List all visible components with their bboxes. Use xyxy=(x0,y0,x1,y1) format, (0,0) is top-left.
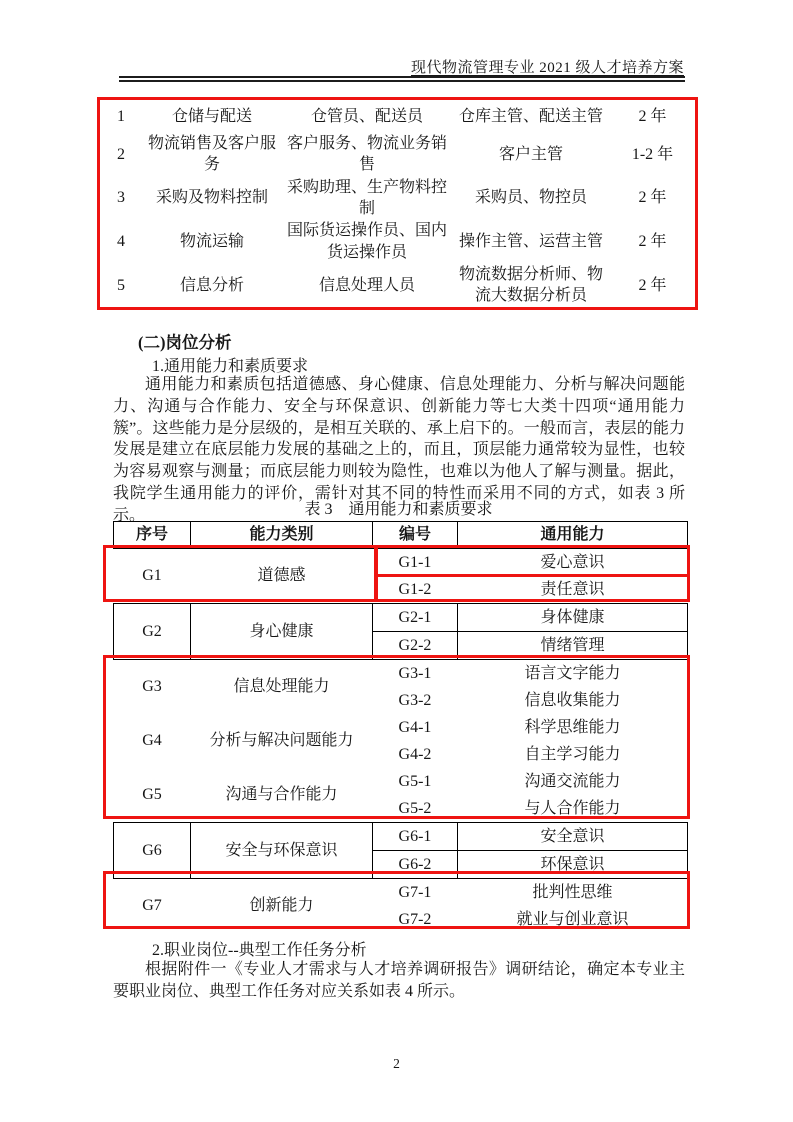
table-cell: G1-1 xyxy=(373,549,458,577)
general-ability-table: 序号 能力类别 编号 通用能力 G1 道德感 G1-1 爱心意识 G1-2 责任… xyxy=(113,521,688,933)
table-row: G4 分析与解决问题能力 G4-1 科学思维能力 xyxy=(114,714,688,741)
table-row: G1 道德感 G1-1 爱心意识 xyxy=(114,549,688,577)
table-cell: 自主学习能力 xyxy=(458,741,688,768)
table-cell: G6-1 xyxy=(373,823,458,851)
table-cell: 与人合作能力 xyxy=(458,795,688,823)
table-cell: 2 年 xyxy=(610,263,695,307)
table-row: 5 信息分析 信息处理人员 物流数据分析师、物流大数据分析员 2 年 xyxy=(100,263,695,307)
table-cell: 沟通与合作能力 xyxy=(191,768,373,823)
subsection-2-heading: 2.职业岗位--典型工作任务分析 xyxy=(152,937,672,960)
table-cell: 2 xyxy=(100,132,142,176)
table-cell: G1 xyxy=(114,549,191,604)
table-cell: 批判性思维 xyxy=(458,879,688,907)
column-header: 通用能力 xyxy=(458,522,688,549)
table-cell: 沟通交流能力 xyxy=(458,768,688,795)
jobs-table: 1 仓储与配送 仓管员、配送员 仓库主管、配送主管 2 年 2 物流销售及客户服… xyxy=(100,100,695,307)
table-cell: 国际货运操作员、国内货运操作员 xyxy=(282,220,452,264)
table-cell: G5 xyxy=(114,768,191,823)
table-cell: 物流数据分析师、物流大数据分析员 xyxy=(452,263,610,307)
table-cell: G4-2 xyxy=(373,741,458,768)
table-cell: 4 xyxy=(100,220,142,264)
table-cell: G6-2 xyxy=(373,851,458,879)
table-cell: 操作主管、运营主管 xyxy=(452,220,610,264)
table-cell: 信息处理能力 xyxy=(191,660,373,715)
table-cell: 信息分析 xyxy=(142,263,282,307)
table-cell: 3 xyxy=(100,176,142,220)
table-cell: 客户服务、物流业务销售 xyxy=(282,132,452,176)
table-cell: G4-1 xyxy=(373,714,458,741)
table-cell: 5 xyxy=(100,263,142,307)
document-page: 现代物流管理专业 2021 级人才培养方案 1 仓储与配送 仓管员、配送员 仓库… xyxy=(0,0,793,1122)
table-row: 3 采购及物料控制 采购助理、生产物料控制 采购员、物控员 2 年 xyxy=(100,176,695,220)
table-cell: 物流销售及客户服务 xyxy=(142,132,282,176)
table-cell: 责任意识 xyxy=(458,576,688,604)
table-cell: 语言文字能力 xyxy=(458,660,688,688)
body-paragraph-2: 根据附件一《专业人才需求与人才培养调研报告》调研结论，确定本专业主要职业岗位、典… xyxy=(113,959,685,1003)
subsection-1-heading: 1.通用能力和素质要求 xyxy=(152,353,672,376)
table-cell: 仓库主管、配送主管 xyxy=(452,100,610,132)
page-number: 2 xyxy=(0,1056,793,1072)
table-row: G6 安全与环保意识 G6-1 安全意识 xyxy=(114,823,688,851)
table-cell: 1 xyxy=(100,100,142,132)
table-cell: 物流运输 xyxy=(142,220,282,264)
table-cell: G2-2 xyxy=(373,632,458,660)
table-cell: G3 xyxy=(114,660,191,715)
table-cell: 2 年 xyxy=(610,176,695,220)
table-cell: 信息处理人员 xyxy=(282,263,452,307)
table-row: 4 物流运输 国际货运操作员、国内货运操作员 操作主管、运营主管 2 年 xyxy=(100,220,695,264)
table-row: 1 仓储与配送 仓管员、配送员 仓库主管、配送主管 2 年 xyxy=(100,100,695,132)
table-row: G3 信息处理能力 G3-1 语言文字能力 xyxy=(114,660,688,688)
table-cell: G3-2 xyxy=(373,687,458,714)
table-cell: 信息收集能力 xyxy=(458,687,688,714)
table-cell: 道德感 xyxy=(191,549,373,604)
table-cell: G3-1 xyxy=(373,660,458,688)
table-cell: 爱心意识 xyxy=(458,549,688,577)
table-cell: 情绪管理 xyxy=(458,632,688,660)
table-cell: 仓管员、配送员 xyxy=(282,100,452,132)
table-cell: 安全与环保意识 xyxy=(191,823,373,879)
table-cell: G2-1 xyxy=(373,604,458,632)
jobs-table-annotation-box: 1 仓储与配送 仓管员、配送员 仓库主管、配送主管 2 年 2 物流销售及客户服… xyxy=(97,97,698,310)
table-cell: G6 xyxy=(114,823,191,879)
table-cell: G4 xyxy=(114,714,191,768)
column-header: 能力类别 xyxy=(191,522,373,549)
table-cell: 环保意识 xyxy=(458,851,688,879)
table-cell: 2 年 xyxy=(610,220,695,264)
running-header-title: 现代物流管理专业 2021 级人才培养方案 xyxy=(113,56,684,77)
table-cell: 采购员、物控员 xyxy=(452,176,610,220)
table-cell: 1-2 年 xyxy=(610,132,695,176)
table-header-row: 序号 能力类别 编号 通用能力 xyxy=(114,522,688,549)
table-cell: 身体健康 xyxy=(458,604,688,632)
table-cell: 采购助理、生产物料控制 xyxy=(282,176,452,220)
table-cell: 2 年 xyxy=(610,100,695,132)
column-header: 编号 xyxy=(373,522,458,549)
table-cell: G2 xyxy=(114,604,191,660)
table-cell: 身心健康 xyxy=(191,604,373,660)
table-cell: G7-2 xyxy=(373,906,458,933)
table-row: G5 沟通与合作能力 G5-1 沟通交流能力 xyxy=(114,768,688,795)
table-cell: 就业与创业意识 xyxy=(458,906,688,933)
table-cell: 安全意识 xyxy=(458,823,688,851)
table-row: 2 物流销售及客户服务 客户服务、物流业务销售 客户主管 1-2 年 xyxy=(100,132,695,176)
table-row: G7 创新能力 G7-1 批判性思维 xyxy=(114,879,688,907)
table-cell: G5-1 xyxy=(373,768,458,795)
table3-caption: 表 3 通用能力和素质要求 xyxy=(113,496,684,519)
table-cell: G7 xyxy=(114,879,191,934)
table-cell: 科学思维能力 xyxy=(458,714,688,741)
table-cell: 客户主管 xyxy=(452,132,610,176)
table-cell: 采购及物料控制 xyxy=(142,176,282,220)
header-double-rule xyxy=(119,76,685,82)
table-row: G2 身心健康 G2-1 身体健康 xyxy=(114,604,688,632)
table-cell: G5-2 xyxy=(373,795,458,823)
column-header: 序号 xyxy=(114,522,191,549)
table-cell: 创新能力 xyxy=(191,879,373,934)
section-heading: (二)岗位分析 xyxy=(138,329,678,353)
table-cell: G7-1 xyxy=(373,879,458,907)
table-cell: G1-2 xyxy=(373,576,458,604)
table-cell: 仓储与配送 xyxy=(142,100,282,132)
table-cell: 分析与解决问题能力 xyxy=(191,714,373,768)
